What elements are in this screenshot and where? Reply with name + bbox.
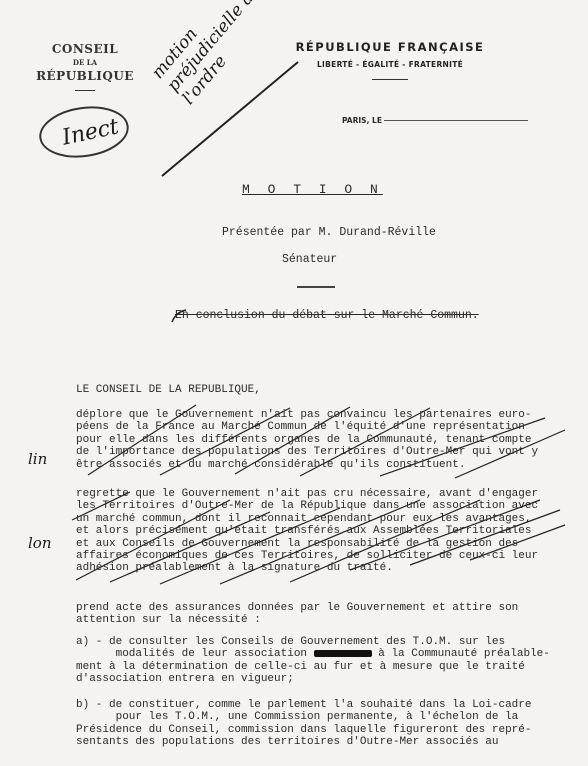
author-role: Sénateur: [282, 253, 337, 266]
presented-by: Présentée par M. Durand-Réville: [222, 226, 436, 239]
letterhead-dela-line: DE LA: [25, 58, 145, 67]
letterhead-republique-francaise: RÉPUBLIQUE FRANÇAISE LIBERTÉ - ÉGALITÉ -…: [290, 40, 490, 80]
date-line: PARIS, LE: [342, 116, 528, 125]
circled-note: Inect: [60, 114, 121, 150]
letterhead-conseil: CONSEIL DE LA RÉPUBLIQUE: [25, 42, 145, 91]
margin-note: motion préjudicielle à l'ordre: [148, 0, 297, 109]
letterhead-rule: [75, 90, 95, 91]
margin-mark-1: lin: [28, 450, 47, 468]
paragraph-prend-acte: prend acte des assurances données par le…: [76, 602, 576, 627]
date-blank-line: [384, 120, 528, 121]
letterhead-motto: LIBERTÉ - ÉGALITÉ - FRATERNITÉ: [290, 60, 490, 69]
place-label: PARIS, LE: [342, 116, 382, 125]
letterhead-title: RÉPUBLIQUE FRANÇAISE: [290, 40, 490, 54]
letterhead-conseil-line: CONSEIL: [25, 42, 145, 56]
section-rule: [297, 286, 335, 288]
paragraph-regrette: regrette que le Gouvernement n'ait pas c…: [76, 488, 576, 575]
letterhead-rule: [372, 79, 408, 80]
item-a: a) - de consulter les Conseils de Gouver…: [76, 636, 576, 686]
margin-mark-2: lon: [28, 534, 52, 552]
document-title: M O T I O N: [242, 182, 383, 197]
item-b: b) - de constituer, comme le parlement l…: [76, 699, 576, 749]
redaction-mark: [314, 650, 372, 657]
struck-subtitle: En conclusion du débat sur le Marché Com…: [175, 309, 479, 322]
letterhead-republique-line: RÉPUBLIQUE: [25, 69, 145, 83]
paragraph-deplore: déplore que le Gouvernement n'ait pas co…: [76, 409, 576, 471]
addressee: LE CONSEIL DE LA REPUBLIQUE,: [76, 384, 576, 396]
